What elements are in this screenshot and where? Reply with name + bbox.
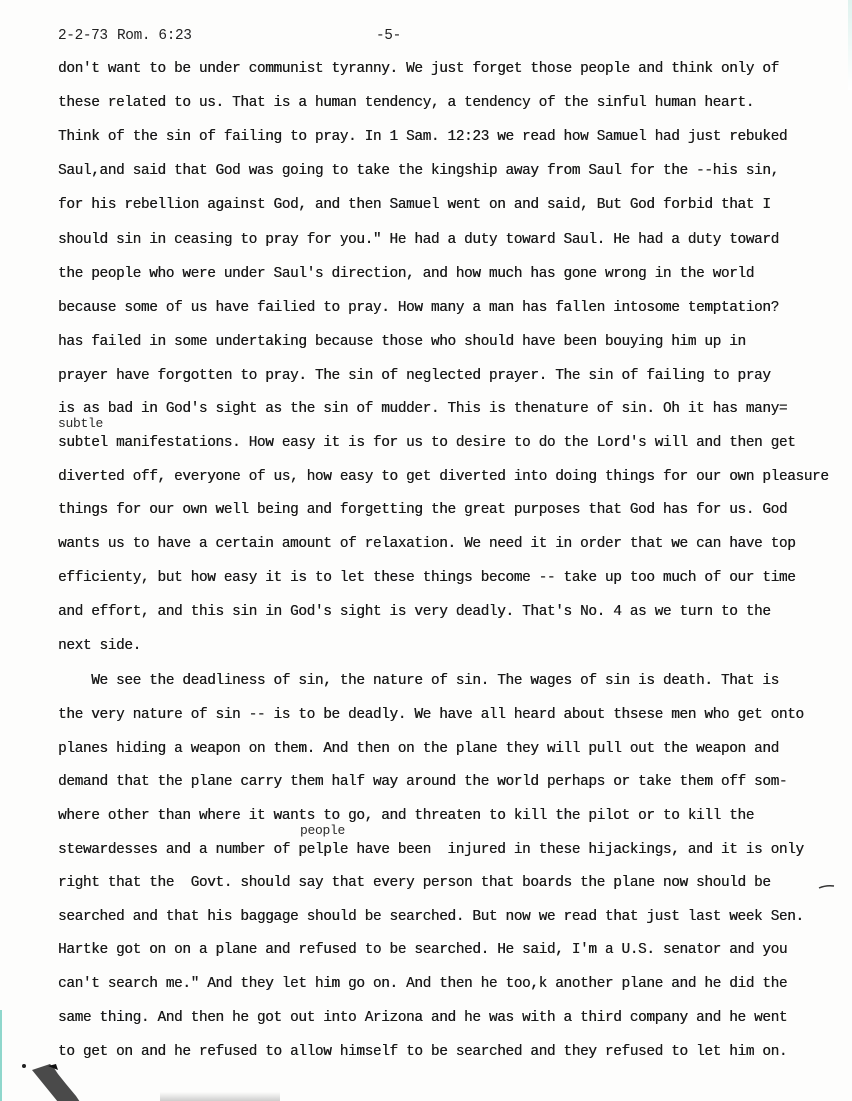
header-date: 2-2-73 xyxy=(58,28,108,44)
text-line: planes hiding a weapon on them. And then… xyxy=(58,741,779,757)
text-line: because some of us have failied to pray.… xyxy=(58,300,779,316)
text-line: Hartke got on on a plane and refused to … xyxy=(58,942,787,958)
text-line: and effort, and this sin in God's sight … xyxy=(58,604,771,620)
text-line: these related to us. That is a human ten… xyxy=(58,95,754,111)
text-line: Think of the sin of failing to pray. In … xyxy=(58,129,787,145)
text-line: to get on and he refused to allow himsel… xyxy=(58,1044,787,1060)
header-reference: Rom. 6:23 xyxy=(117,28,192,44)
text-line: has failed in some undertaking because t… xyxy=(58,334,746,350)
handwritten-insertion: people xyxy=(300,824,345,838)
text-line: can't search me." And they let him go on… xyxy=(58,976,787,992)
text-line: don't want to be under communist tyranny… xyxy=(58,61,779,77)
text-line: the people who were under Saul's directi… xyxy=(58,266,754,282)
text-line: for his rebellion against God, and then … xyxy=(58,197,771,213)
text-line: subtel manifestations. How easy it is fo… xyxy=(58,435,795,451)
text-line: demand that the plane carry them half wa… xyxy=(58,774,787,790)
ink-smudge xyxy=(18,1062,108,1101)
text-line: where other than where it wants to go, a… xyxy=(58,808,754,824)
text-line: diverted off, everyone of us, how easy t… xyxy=(58,469,829,485)
page-number: -5- xyxy=(376,28,401,44)
text-line: searched and that his baggage should be … xyxy=(58,909,804,925)
text-line: same thing. And then he got out into Ari… xyxy=(58,1010,787,1026)
text-line: things for our own well being and forget… xyxy=(58,502,787,518)
document-page: 2-2-73 Rom. 6:23 -5- don't want to be un… xyxy=(0,0,852,1101)
text-line: is as bad in God's sight as the sin of m… xyxy=(58,401,787,417)
text-line: efficienty, but how easy it is to let th… xyxy=(58,570,795,586)
text-line: We see the deadliness of sin, the nature… xyxy=(58,673,779,689)
scan-edge-right xyxy=(848,0,852,90)
text-line: prayer have forgotten to pray. The sin o… xyxy=(58,368,771,384)
text-line: stewardesses and a number of pelple have… xyxy=(58,842,804,858)
handwritten-insertion: subtle xyxy=(58,417,103,431)
text-line: right that the Govt. should say that eve… xyxy=(58,875,771,891)
text-line: Saul,and said that God was going to take… xyxy=(58,163,779,179)
margin-pen-mark xyxy=(818,880,836,892)
text-line: should sin in ceasing to pray for you." … xyxy=(58,232,779,248)
text-line: wants us to have a certain amount of rel… xyxy=(58,536,795,552)
scan-shadow xyxy=(160,1092,280,1101)
text-line: next side. xyxy=(58,638,141,654)
text-line: the very nature of sin -- is to be deadl… xyxy=(58,707,804,723)
scan-edge-left xyxy=(0,1010,2,1101)
